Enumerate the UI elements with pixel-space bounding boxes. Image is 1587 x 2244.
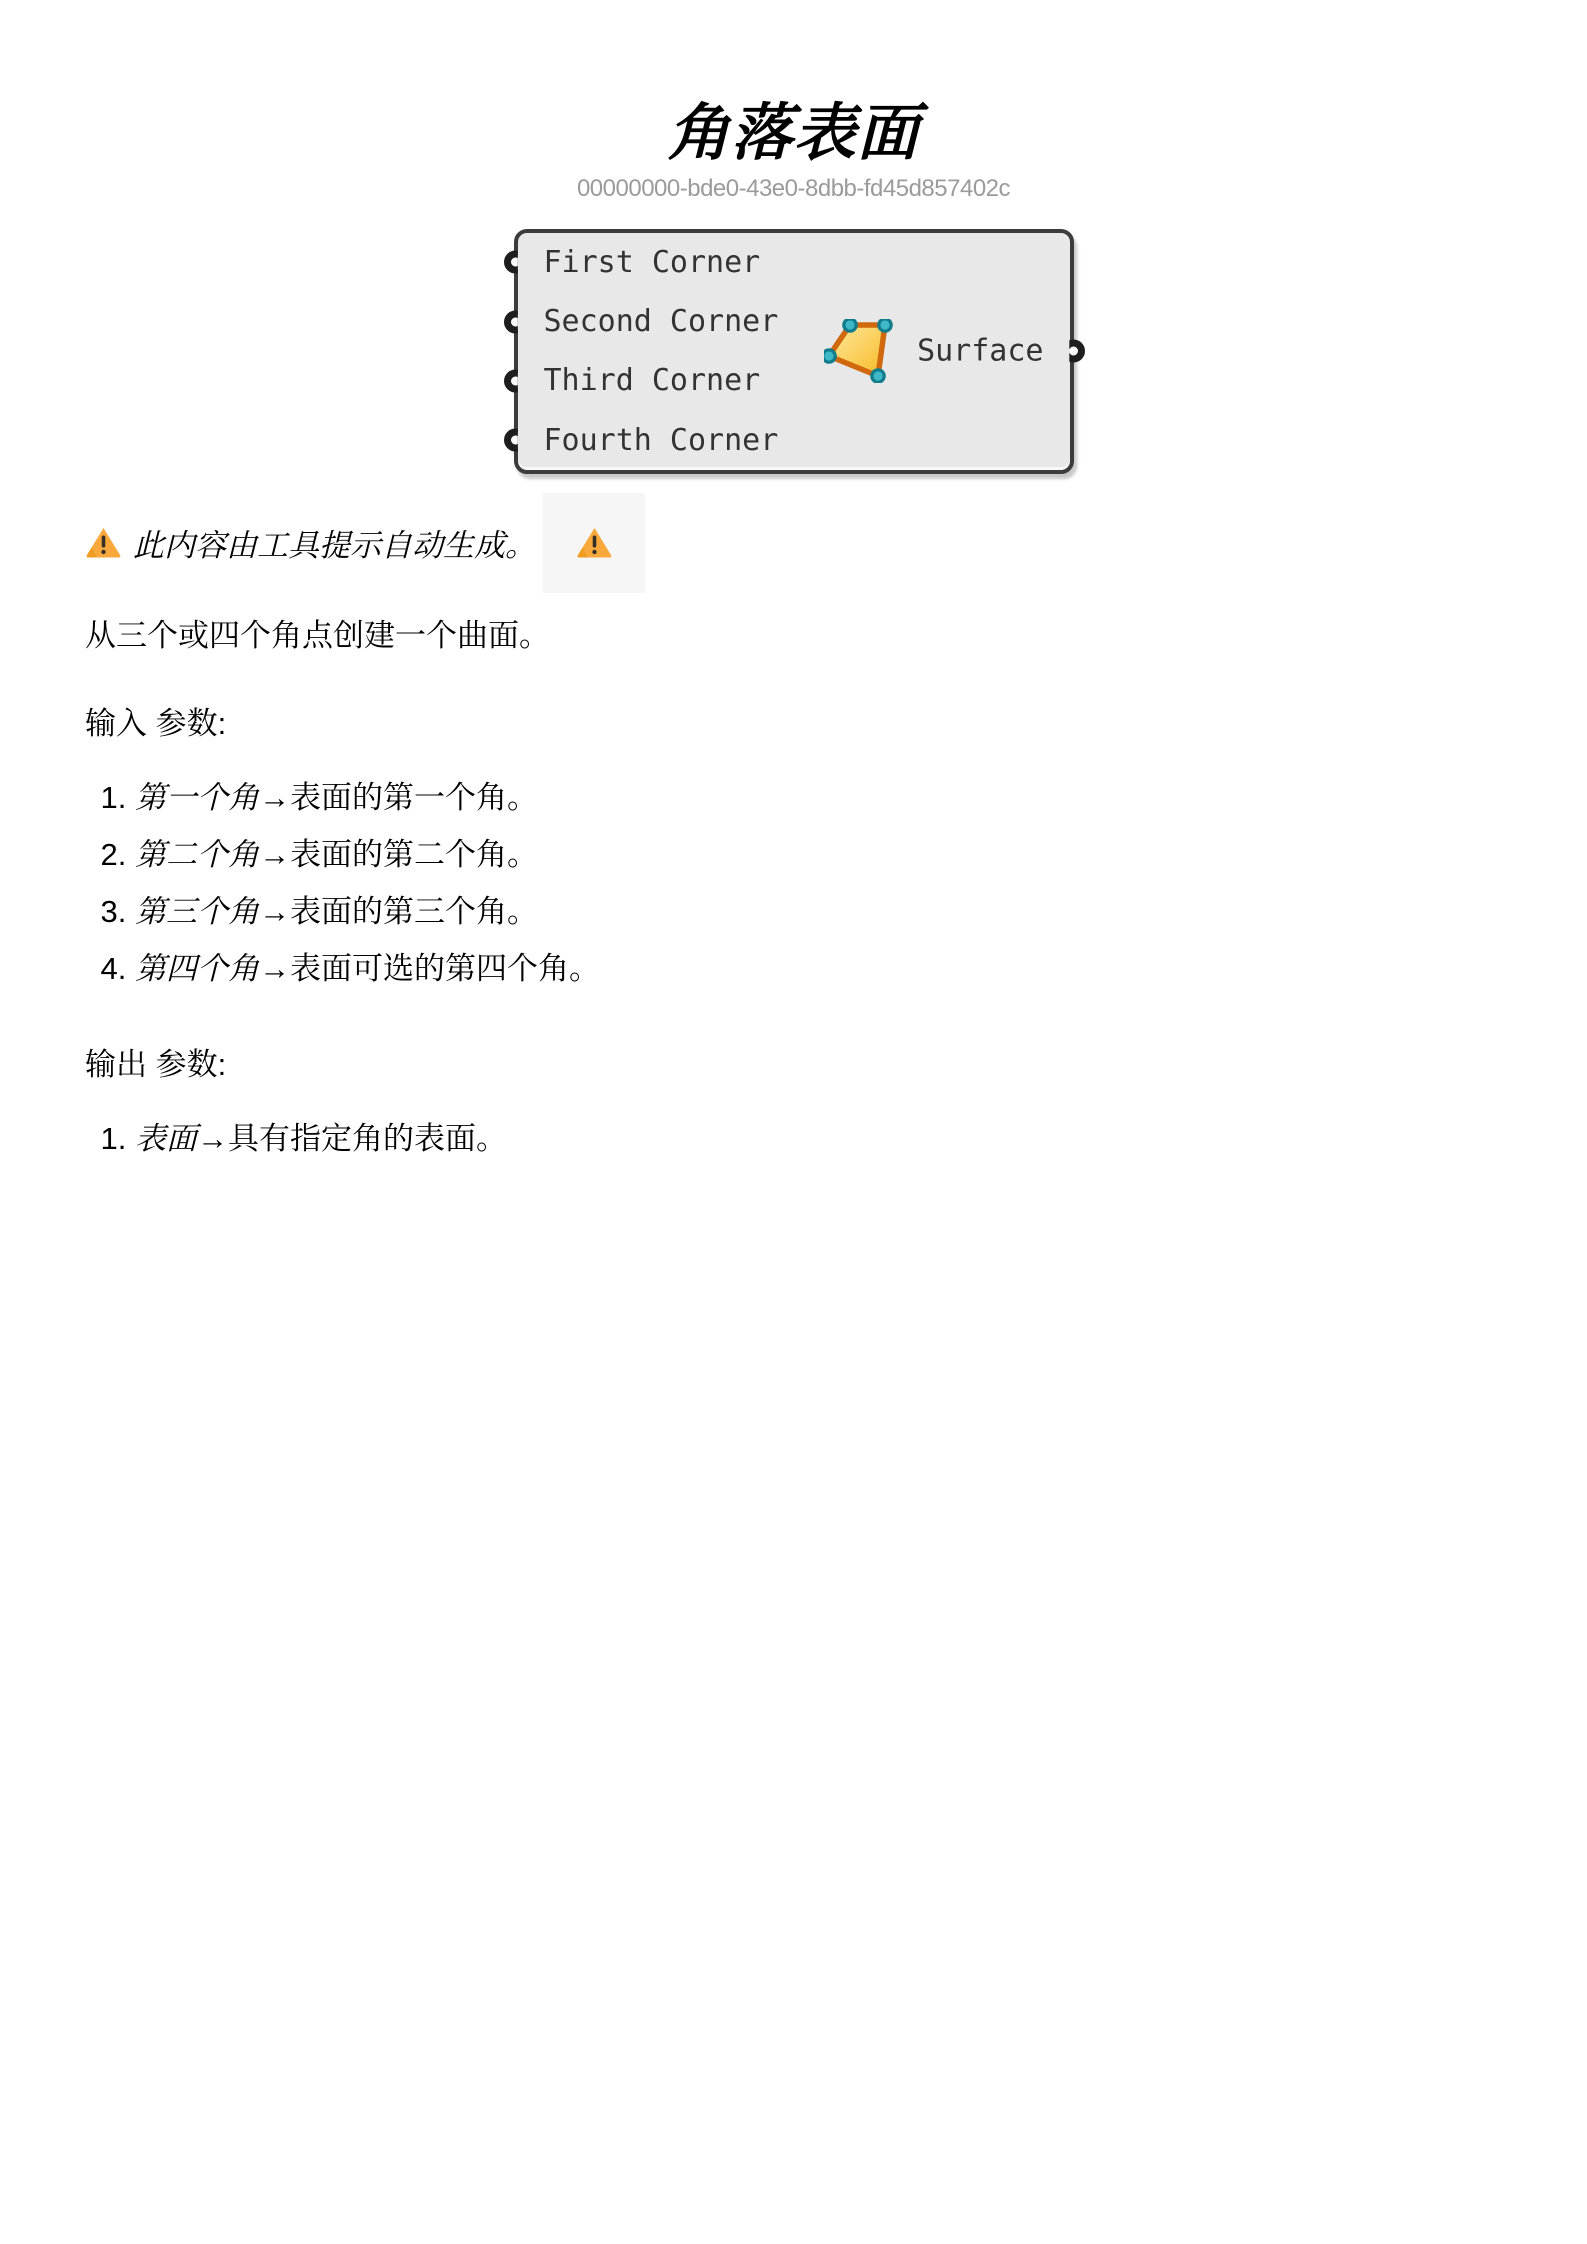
arrow-glyph: → [259, 780, 290, 815]
warning-emoji-box [543, 493, 645, 593]
input-label: Fourth Corner [544, 423, 1070, 458]
notice-row: 此内容由工具提示自动生成。 [85, 492, 1587, 594]
param-name: 表面 [135, 1121, 197, 1156]
arrow-glyph: → [259, 951, 290, 986]
param-desc: 表面可选的第四个角。 [290, 951, 600, 986]
inputs-heading: 输入 参数: [85, 698, 1587, 743]
param-name: 第一个角 [135, 780, 259, 815]
output-label: Surface [917, 334, 1043, 369]
warning-icon [85, 526, 122, 559]
param-name: 第四个角 [135, 951, 259, 986]
param-desc: 表面的第二个角。 [290, 837, 538, 872]
input-label: First Corner [544, 245, 1070, 280]
page-title: 角落表面 [0, 96, 1587, 172]
arrow-glyph: → [259, 894, 290, 929]
corner-surface-icon [824, 319, 894, 383]
arrow-glyph: → [197, 1121, 228, 1156]
list-item: 第二个角→表面的第二个角。 [135, 826, 1587, 883]
list-item: 表面→具有指定角的表面。 [135, 1110, 1587, 1167]
component-description: 从三个或四个角点创建一个曲面。 [85, 616, 1587, 656]
param-desc: 表面的第一个角。 [290, 780, 538, 815]
notice-text: 此内容由工具提示自动生成。 [133, 520, 536, 565]
gh-component: First Corner Second Corner Third Corner … [514, 229, 1074, 474]
param-name: 第三个角 [135, 894, 259, 929]
list-item: 第四个角→表面可选的第四个角。 [135, 940, 1587, 997]
inputs-list: 第一个角→表面的第一个角。 第二个角→表面的第二个角。 第三个角→表面的第三个角… [85, 769, 1587, 997]
outputs-list: 表面→具有指定角的表面。 [85, 1110, 1587, 1167]
list-item: 第一个角→表面的第一个角。 [135, 769, 1587, 826]
outputs-heading: 输出 参数: [85, 1039, 1587, 1084]
arrow-glyph: → [259, 837, 290, 872]
document-page: 角落表面 00000000-bde0-43e0-8dbb-fd45d857402… [0, 0, 1587, 2244]
doc-header: 角落表面 00000000-bde0-43e0-8dbb-fd45d857402… [0, 0, 1587, 203]
param-name: 第二个角 [135, 837, 259, 872]
list-item: 第三个角→表面的第三个角。 [135, 883, 1587, 940]
param-desc: 具有指定角的表面。 [228, 1121, 507, 1156]
warning-icon [576, 526, 613, 559]
param-desc: 表面的第三个角。 [290, 894, 538, 929]
component-guid: 00000000-bde0-43e0-8dbb-fd45d857402c [0, 175, 1587, 203]
